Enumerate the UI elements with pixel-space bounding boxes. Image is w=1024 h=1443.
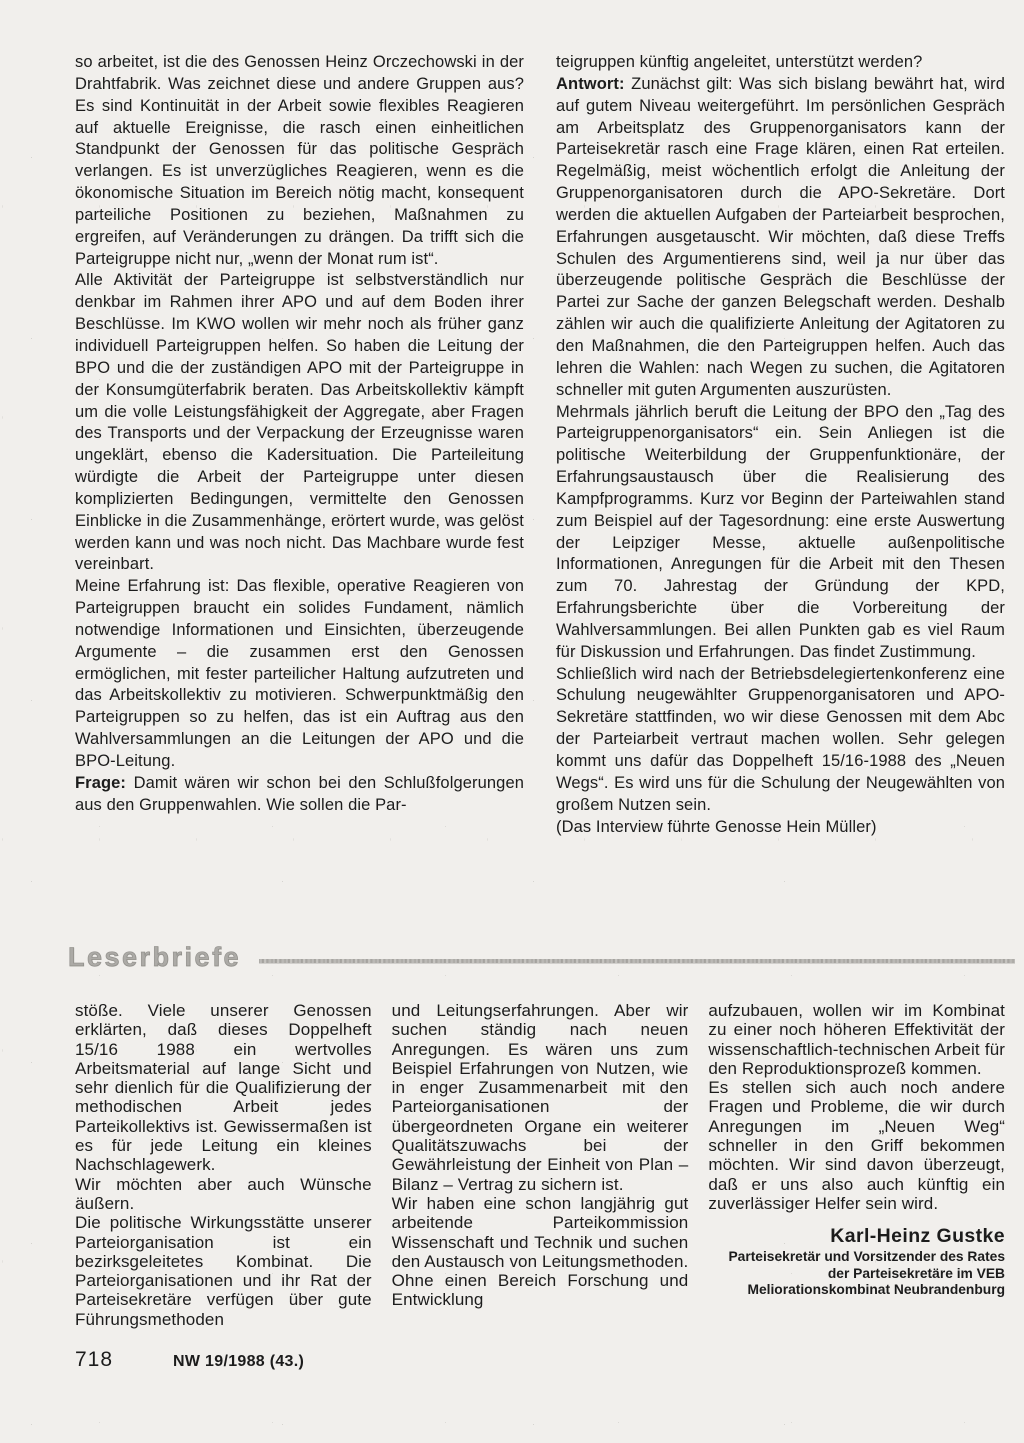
signature-role: der Parteisekretäre im VEB bbox=[708, 1266, 1005, 1283]
page-number: 718 bbox=[75, 1348, 113, 1372]
paragraph-answer: Antwort: Zunächst gilt: Was sich bislang… bbox=[556, 74, 1005, 402]
decorative-rule bbox=[259, 959, 1015, 963]
paragraph: Mehrmals jährlich beruft die Leitung der… bbox=[556, 402, 1005, 664]
letter-signature: Karl-Heinz Gustke Parteisekretär und Vor… bbox=[708, 1223, 1005, 1299]
paragraph: so arbeitet, ist die des Genossen Heinz … bbox=[75, 52, 524, 270]
leserbriefe-title: Leserbriefe bbox=[68, 942, 241, 973]
paragraph: Wir haben eine schon langjährig gut arbe… bbox=[392, 1194, 689, 1310]
magazine-page: so arbeitet, ist die des Genossen Heinz … bbox=[0, 0, 1024, 1443]
paragraph: stöße. Viele unserer Genossen erklärten,… bbox=[75, 1001, 372, 1175]
paragraph-question: Frage: Damit wären wir schon bei den Sch… bbox=[75, 773, 524, 817]
paragraph: aufzubauen, wollen wir im Kombinat zu ei… bbox=[708, 1001, 1005, 1078]
interview-credit: (Das Interview führte Genosse Hein Mülle… bbox=[556, 817, 1005, 839]
signature-role: Parteisekretär und Vorsitzender des Rate… bbox=[708, 1249, 1005, 1266]
letter-column-2: und Leitungserfahrungen. Aber wir suchen… bbox=[392, 1001, 689, 1329]
paragraph: Schließlich wird nach der Betriebsdelegi… bbox=[556, 664, 1005, 817]
paragraph: Die politische Wirkungsstätte unserer Pa… bbox=[75, 1213, 372, 1329]
letter-column-3: aufzubauen, wollen wir im Kombinat zu ei… bbox=[708, 1001, 1005, 1329]
interview-left-column: so arbeitet, ist die des Genossen Heinz … bbox=[75, 52, 524, 838]
paragraph: und Leitungserfahrungen. Aber wir suchen… bbox=[392, 1001, 689, 1194]
signature-name: Karl-Heinz Gustke bbox=[708, 1223, 1005, 1249]
question-lead: Frage: bbox=[75, 774, 126, 792]
paragraph: teigruppen künftig angeleitet, unterstüt… bbox=[556, 52, 1005, 74]
page-footer: 718 NW 19/1988 (43.) bbox=[75, 1348, 1005, 1372]
leserbriefe-header: Leserbriefe bbox=[68, 942, 1015, 973]
paragraph: Meine Erfahrung ist: Das flexible, opera… bbox=[75, 576, 524, 773]
interview-section: so arbeitet, ist die des Genossen Heinz … bbox=[75, 52, 1005, 838]
letters-section: stöße. Viele unserer Genossen erklärten,… bbox=[75, 1001, 1005, 1329]
paragraph: Wir möchten aber auch Wünsche äußern. bbox=[75, 1175, 372, 1214]
paragraph: Alle Aktivität der Parteigruppe ist selb… bbox=[75, 270, 524, 576]
answer-lead: Antwort: bbox=[556, 75, 625, 93]
signature-org: Meliorationskombinat Neubrandenburg bbox=[708, 1282, 1005, 1299]
paragraph: Es stellen sich auch noch andere Fragen … bbox=[708, 1078, 1005, 1213]
issue-info: NW 19/1988 (43.) bbox=[173, 1353, 304, 1371]
interview-right-column: teigruppen künftig angeleitet, unterstüt… bbox=[556, 52, 1005, 838]
letter-column-1: stöße. Viele unserer Genossen erklärten,… bbox=[75, 1001, 372, 1329]
